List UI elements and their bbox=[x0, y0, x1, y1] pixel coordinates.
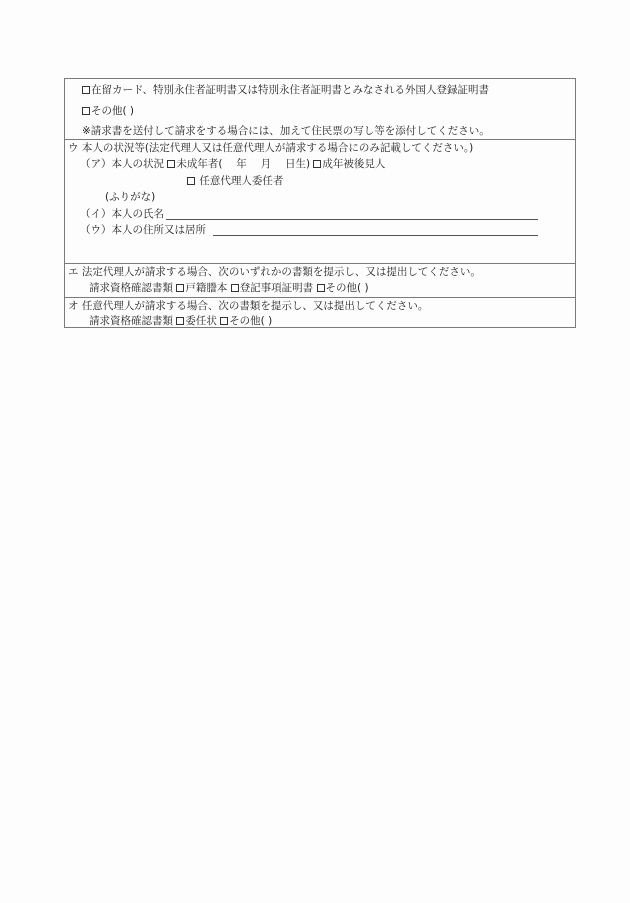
section-u-heading: ウ 本人の状況等(法定代理人又は任意代理人が請求する場合にのみ記載してください。… bbox=[68, 143, 473, 154]
request-form-table: 在留カード、特別永住者証明書又は特別永住者証明書とみなされる外国人登録証明書 そ… bbox=[64, 78, 576, 328]
other-option[interactable]: その他( ) bbox=[82, 106, 134, 117]
address-label: （ウ）本人の住所又は居所 bbox=[80, 225, 206, 236]
divider bbox=[65, 139, 575, 140]
section-e-heading: エ 法定代理人が請求する場合、次のいずれかの書類を提示し、又は提出してください。 bbox=[68, 267, 481, 278]
other-option[interactable]: その他( ) bbox=[326, 282, 369, 294]
proxy-option[interactable]: 委任状 bbox=[185, 315, 217, 327]
voluntary-agent-option[interactable]: 任意代理人委任者 bbox=[187, 176, 283, 187]
name-label: （イ）本人の氏名 bbox=[80, 209, 164, 220]
name-field[interactable] bbox=[166, 219, 538, 220]
divider bbox=[65, 297, 575, 298]
checkbox-icon[interactable] bbox=[231, 284, 239, 292]
minor-option[interactable]: 未成年者( 年 月 日生) bbox=[176, 158, 310, 170]
mail-note: ※請求書を送付して請求をする場合には、加えて住民票の写し等を添付してください。 bbox=[82, 126, 490, 137]
checkbox-icon[interactable] bbox=[317, 284, 325, 292]
checkbox-icon[interactable] bbox=[313, 160, 321, 168]
checkbox-icon[interactable] bbox=[167, 160, 175, 168]
koseki-option[interactable]: 戸籍謄本 bbox=[185, 282, 227, 294]
voluntary-agent-docs-row: 請求資格確認書類 委任状 その他( ) bbox=[89, 316, 272, 327]
section-o-heading: オ 任意代理人が請求する場合、次の書類を提示し、又は提出してください。 bbox=[68, 301, 428, 312]
divider bbox=[65, 263, 575, 264]
checkbox-icon[interactable] bbox=[187, 177, 195, 185]
checkbox-icon[interactable] bbox=[220, 317, 228, 325]
address-field[interactable] bbox=[213, 235, 538, 236]
checkbox-icon[interactable] bbox=[176, 284, 184, 292]
checkbox-icon[interactable] bbox=[176, 317, 184, 325]
registry-option[interactable]: 登記事項証明書 bbox=[240, 282, 314, 294]
person-status-row: （ア）本人の状況 未成年者( 年 月 日生) 成年被後見人 bbox=[80, 159, 385, 170]
checkbox-icon[interactable] bbox=[82, 86, 90, 94]
checkbox-icon[interactable] bbox=[82, 107, 90, 115]
furigana-label: (ふりがな) bbox=[105, 192, 155, 203]
other-option[interactable]: その他( ) bbox=[229, 315, 272, 327]
residence-card-option[interactable]: 在留カード、特別永住者証明書又は特別永住者証明書とみなされる外国人登録証明書 bbox=[82, 85, 489, 96]
adult-ward-option[interactable]: 成年被後見人 bbox=[322, 158, 385, 170]
legal-agent-docs-row: 請求資格確認書類 戸籍謄本 登記事項証明書 その他( ) bbox=[89, 283, 369, 294]
